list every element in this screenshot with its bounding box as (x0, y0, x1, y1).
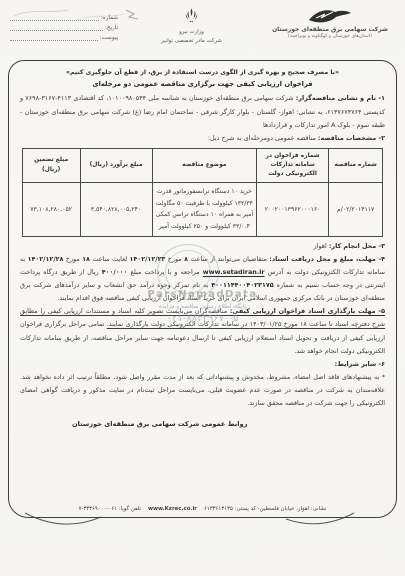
footer-address: نشانی: اهواز، خیابان فلسطین- کد پستی: ۶۱… (204, 506, 327, 512)
item4-label: ۴- مهلت، مبلغ و محل دریافت اسناد: (269, 255, 385, 263)
notice-frame: «با مصرف صحیح و بهره گیری از الگوی درست … (8, 60, 397, 518)
header-subject: موضوع مناقصه (152, 148, 256, 182)
setadiran-url: www.setadiran.ir (203, 268, 265, 276)
item1-employer: ۱- نام و نشانی مناقصه‌گزار: شرکت سهامی ب… (20, 92, 385, 131)
footer-phone-label: تلفن گویا: (119, 506, 141, 512)
ministry-name: وزارت نیرو (137, 29, 247, 35)
signature-public-relations: روابط عمومی شرکت سهامی برق منطقه‌ای خوزس… (20, 420, 385, 428)
parent-company-name: شرکت مادر تخصصی توانیر (137, 38, 247, 44)
company-eagle-logo-icon (307, 7, 353, 25)
company-name: شرکت سهامی برق منطقه‌ای خوزستان (265, 26, 395, 33)
date-label: تاریخ: (105, 25, 118, 31)
item4-text: مراجعه و با پرداخت مبلغ (127, 268, 202, 276)
dotted-line (10, 35, 98, 41)
bank-account-number: ۴۰۰۱۱۴۴۰۰۴۰۲۳۱۷۵ (211, 281, 273, 289)
header-guarantee: مبلغ تضمین (ریال) (22, 148, 80, 182)
start-date: ۱۴۰۲/۱۲/۲۳ (130, 255, 166, 263)
page-title: فراخوان ارزیابی کیفی جهت برگزاری مناقصه … (20, 78, 385, 90)
item4-text: لغایت ساعت (90, 255, 130, 263)
tender-table-header: شماره مناقصه شماره فراخوان در سامانه تدا… (22, 148, 382, 182)
number-field: شماره: (10, 15, 118, 21)
item4-deadline: ۴- مهلت، مبلغ و محل دریافت اسناد: متقاضی… (20, 253, 385, 306)
cell-guarantee: ۷۳,۱۰۸,۲۸۰,۰۵۲ (22, 183, 80, 236)
header-tender-no: شماره مناقصه (329, 148, 383, 182)
header-setad-no: شماره فراخوان در سامانه تدارکات الکترونی… (257, 148, 329, 182)
company-subtitle: (استان‌های خوزستان و کهگیلویه و بویراحمد… (265, 34, 395, 39)
iran-emblem-icon (185, 8, 198, 23)
item3-location: ۳- محل انجام کار: اهواز (20, 240, 385, 253)
ministry-block: وزارت نیرو شرکت مادر تخصصی توانیر (137, 7, 247, 44)
scanned-tender-notice: شرکت سهامی برق منطقه‌ای خوزستان (استان‌ه… (0, 0, 405, 576)
attachment-field: پیوست: (10, 35, 118, 41)
frame-curl-right (23, 511, 103, 533)
item6-other-terms: ۶- سایر شرایط: (20, 358, 385, 371)
company-block: شرکت سهامی برق منطقه‌ای خوزستان (استان‌ه… (265, 7, 395, 39)
tender-table: شماره مناقصه شماره فراخوان در سامانه تدا… (22, 148, 383, 237)
footer-phone-number: ۰۶۱-۳۳۳۶۹۰۰۰-۷ (78, 506, 117, 512)
cell-subject: خرید ۱۰ دستگاه ترانسفورماتور قدرت ۱۳۲/۳۴… (152, 183, 256, 236)
item4-text: مورخ (165, 255, 184, 263)
item6-label: ۶- سایر شرایط: (335, 360, 385, 368)
document-fee: ۴۰۰/۰۰۰ (102, 268, 128, 276)
item5-upload-deadline: ۵- مهلت بارگذاری اسناد فراخوان ارزیابی ک… (20, 305, 385, 358)
item5-label: ۵- مهلت بارگذاری اسناد فراخوان ارزیابی ک… (230, 307, 385, 315)
conditions-bullet: * به پیشنهادهای فاقد اصل امضاء، مشروط، م… (20, 371, 385, 410)
header-estimate: مبلغ برآورد (ریال) (80, 148, 152, 182)
item2-body: مناقصه عمومی دومرحله‌ای به شرح ذیل: (208, 134, 318, 142)
dotted-line (10, 15, 99, 21)
cell-tender-no: ۰۲/۲۰۱۴۱۱۷/م (329, 183, 383, 236)
item1-label: ۱- نام و نشانی مناقصه‌گزار: (296, 94, 385, 102)
table-row: ۰۲/۲۰۱۴۱۱۷/م ۲۰۰۲۰۰۱۳۹۶۲۰۰۰۱۶۰ خرید ۱۰ د… (22, 183, 382, 236)
end-date: ۱۴۰۲/۱۲/۲۸ (28, 255, 64, 263)
letterhead: شرکت سهامی برق منطقه‌ای خوزستان (استان‌ه… (0, 0, 405, 56)
footer-phone: تلفن گویا: ۰۶۱-۳۳۳۶۹۰۰۰-۷ (78, 506, 141, 512)
date-field: تاریخ: (10, 25, 118, 31)
slogan: «با مصرف صحیح و بهره گیری از الگوی درست … (20, 67, 385, 78)
cell-estimate: ۳,۵۴۰,۸۲۸,۰۰۵,۲۴۰ (80, 183, 152, 236)
item3-body: اهواز (314, 242, 329, 250)
attachment-label: پیوست: (100, 35, 118, 41)
end-hour: ۱۸ (82, 255, 90, 263)
dotted-line (10, 25, 103, 31)
reference-fields: شماره: تاریخ: پیوست: (10, 7, 118, 45)
cell-setad-no: ۲۰۰۲۰۰۱۳۹۶۲۰۰۰۱۶۰ (257, 183, 329, 236)
item4-text: مورخ (63, 255, 82, 263)
item2-specs: ۲- مشخصات مناقصه: مناقصه عمومی دومرحله‌ا… (20, 132, 385, 145)
frame-curl-left (284, 511, 356, 531)
item2-label: ۲- مشخصات مناقصه: (318, 134, 385, 142)
number-label: شماره: (101, 15, 118, 21)
item3-label: ۳- محل انجام کار: (329, 242, 385, 250)
footer: نشانی: اهواز، خیابان فلسطین- کد پستی: ۶۱… (9, 506, 396, 512)
item4-text: متقاضیان می‌توانند از ساعت (188, 255, 269, 263)
footer-website: www.Kzrec.co.ir (148, 506, 197, 512)
